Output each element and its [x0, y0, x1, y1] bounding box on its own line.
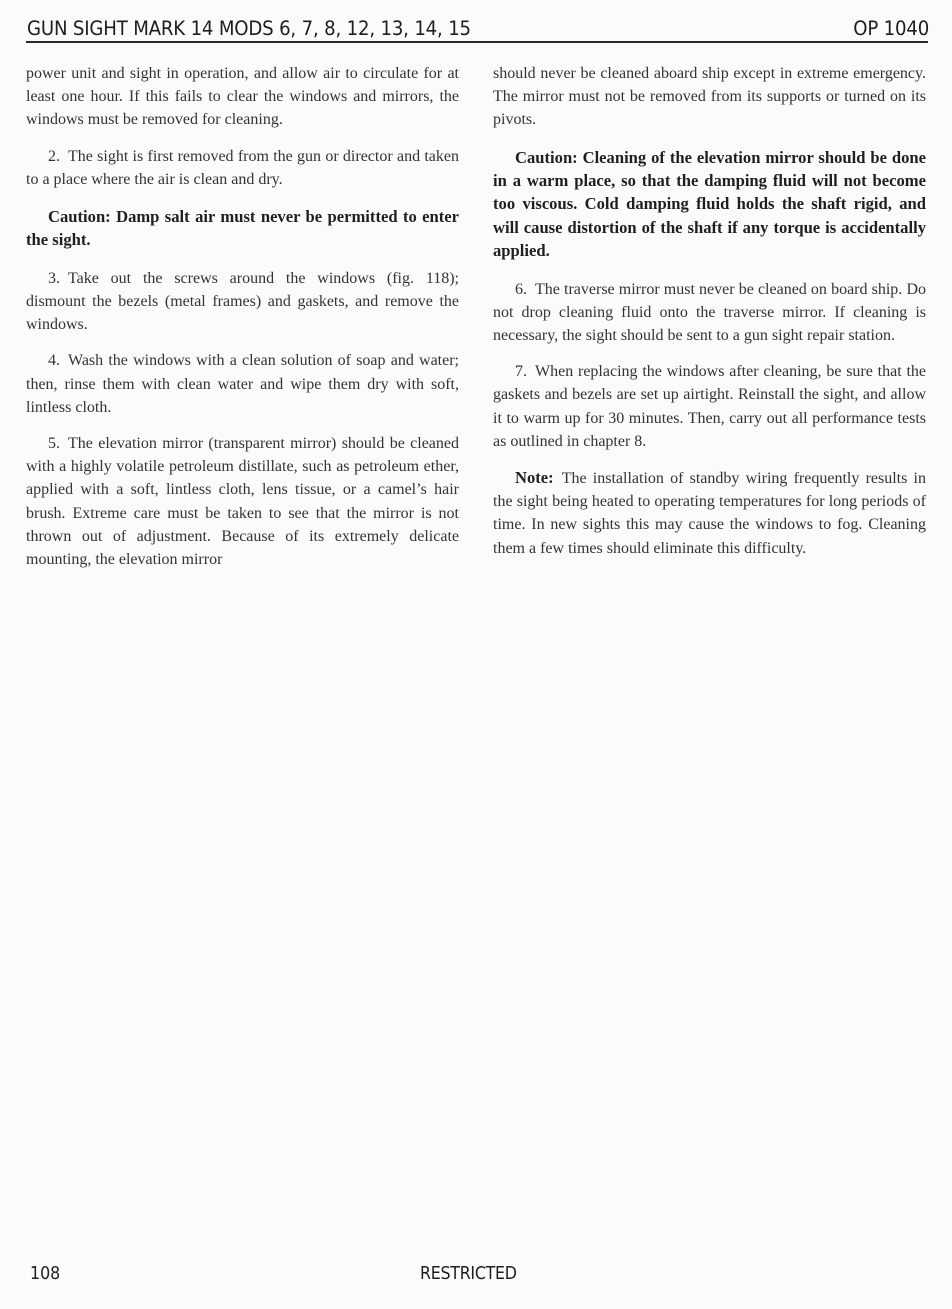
page-number: 108 [30, 1263, 60, 1284]
paragraph-continued: power unit and sight in operation, and a… [26, 62, 459, 132]
paragraph-text: The elevation mirror (transparent mirror… [26, 435, 459, 568]
note-label: Note: [515, 468, 554, 487]
paragraph-text: The traverse mirror must never be cleane… [493, 281, 926, 344]
caution-elevation-mirror: Caution: Cleaning of the elevation mirro… [493, 146, 926, 263]
note-paragraph: Note:The installation of standby wiring … [493, 466, 926, 560]
paragraph-3: 3.Take out the screws around the windows… [26, 267, 459, 337]
document-id: OP 1040 [853, 17, 929, 40]
classification-marking: RESTRICTED [420, 1263, 517, 1284]
paragraph-5-continued: should never be cleaned aboard ship exce… [493, 62, 926, 132]
paragraph-7: 7.When replacing the windows after clean… [493, 360, 926, 453]
paragraph-4: 4.Wash the windows with a clean solution… [26, 349, 459, 419]
paragraph-number: 4. [48, 352, 60, 369]
paragraph-text: When replacing the windows after cleanin… [493, 363, 926, 450]
note-text: The installation of standby wiring fre­q… [493, 470, 926, 557]
paragraph-text: The sight is first removed from the gun … [26, 148, 459, 188]
running-head: GUN SIGHT MARK 14 MODS 6, 7, 8, 12, 13, … [27, 14, 929, 40]
header-rule [26, 41, 928, 43]
paragraph-5: 5.The elevation mirror (transparent mirr… [26, 432, 459, 571]
page-footer: 108 RESTRICTED [30, 1263, 922, 1287]
caution-damp-salt-air: Caution: Damp salt air must never be per… [26, 205, 459, 252]
paragraph-text: Take out the screws around the windows (… [26, 270, 459, 333]
document-title: GUN SIGHT MARK 14 MODS 6, 7, 8, 12, 13, … [27, 17, 471, 40]
paragraph-number: 2. [48, 148, 60, 165]
right-column: should never be cleaned aboard ship exce… [493, 62, 926, 573]
left-column: power unit and sight in operation, and a… [26, 62, 459, 584]
paragraph-number: 6. [515, 281, 527, 298]
paragraph-text: Wash the windows with a clean solution o… [26, 352, 459, 415]
paragraph-2: 2.The sight is first removed from the gu… [26, 145, 459, 191]
paragraph-number: 3. [48, 270, 60, 287]
paragraph-6: 6.The traverse mirror must never be clea… [493, 278, 926, 348]
paragraph-number: 7. [515, 363, 527, 380]
paragraph-number: 5. [48, 435, 60, 452]
